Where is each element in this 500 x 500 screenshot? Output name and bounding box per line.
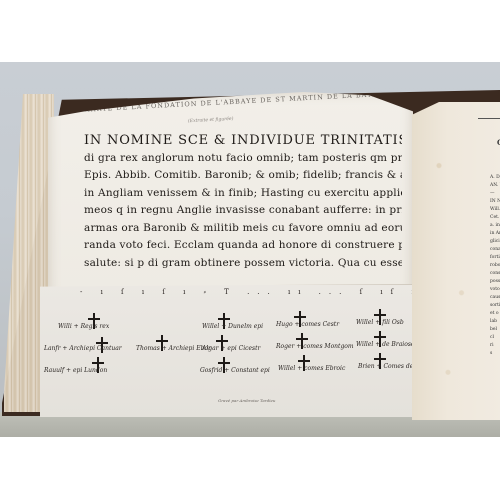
charter-line: salute: si p di gram obtinere possem vic…: [84, 255, 402, 273]
signature: Hugo + comes Cestr: [276, 321, 339, 328]
charter-line: Epis. Abbib. Comitib. Baronib; & omib; f…: [84, 167, 402, 185]
text-line: AN. W. WIL: [490, 182, 500, 190]
text-line: cl: [490, 334, 500, 342]
text-line: lab: [490, 318, 500, 326]
foxing-spots: [412, 102, 500, 420]
text-line: Cet. episc: [490, 214, 500, 222]
text-line: IN NOM: [490, 198, 500, 206]
text-line: causa: [490, 294, 500, 302]
right-page-text: A. D. MLX AN. W. WIL — IN NOM Will. Dei …: [490, 174, 500, 358]
text-line: Will. Dei: [490, 206, 500, 214]
signature: Thomas + Archiepi Ebor: [136, 345, 211, 352]
text-line: roborar: [490, 262, 500, 270]
text-line: A. D. MLX: [490, 174, 500, 182]
charter-line: armas ora Baronib & militib meis cu favo…: [84, 220, 402, 238]
text-line: gliciunt: [490, 238, 500, 246]
charter-text: IN NOMINE SCE & INDIVIDUE TRINITATIS. Eg…: [84, 132, 402, 272]
charter-line: di gra rex anglorum notu facio omnib; ta…: [84, 150, 402, 168]
text-line: conabant: [490, 246, 500, 254]
signature: Willel + Dunelm epi: [202, 323, 263, 330]
signature: Gosfrid + Constant epi: [200, 367, 270, 374]
text-line: bel: [490, 326, 500, 334]
signature: Willel + comes Ebroic: [278, 365, 345, 372]
text-line: s: [490, 350, 500, 358]
charter-line: meos q in regnu Anglie invasisse conaban…: [84, 202, 402, 220]
charter-line: in Angliam venissem & in finib; Hasting …: [84, 185, 402, 203]
signature-flap: - ı ſ ı ſ ı ⸗ T ... ıı ... ſ ıſ ſ Willi …: [40, 284, 425, 417]
text-line: fortibu: [490, 254, 500, 262]
signature: Rauulf + epi Lundon: [44, 367, 107, 374]
signature: Algar + epi Cicestr: [202, 345, 260, 352]
text-line: ri: [490, 342, 500, 350]
right-page: CA A. D. MLX AN. W. WIL — IN NOM Will. D…: [412, 102, 500, 420]
signature: Willi + Regis rex: [58, 323, 109, 330]
text-line: et o: [490, 310, 500, 318]
text-line: voto.: [490, 286, 500, 294]
text-line: in Angli: [490, 230, 500, 238]
signature: Willel + de Braiose: [356, 341, 414, 348]
text-line: sortio: [490, 302, 500, 310]
photograph: CHARTE DE LA FONDATION DE L'ABBAYE DE ST…: [0, 62, 500, 437]
flap-partial-line: - ı ſ ı ſ ı ⸗ T ... ıı ... ſ ıſ ſ: [80, 288, 422, 296]
text-line: possem: [490, 278, 500, 286]
charter-line: IN NOMINE SCE & INDIVIDUE TRINITATIS. Eg…: [84, 132, 402, 150]
engraver-caption: Gravé par Ambroise Tardieu: [218, 398, 276, 403]
signature: Willel + fili Osb: [356, 319, 404, 326]
text-line: a. in: [490, 222, 500, 230]
signature: Roger + comes Montgom: [276, 343, 354, 350]
text-line: —: [490, 190, 500, 198]
charter-line: randa voto feci. Ecclam quanda ad honore…: [84, 237, 402, 255]
divider: [478, 118, 500, 119]
text-line: constr: [490, 270, 500, 278]
charter-subtitle: (Extraite et figurée): [188, 117, 234, 124]
signature: Lanfr + Archiepi Cantuar: [44, 345, 122, 352]
